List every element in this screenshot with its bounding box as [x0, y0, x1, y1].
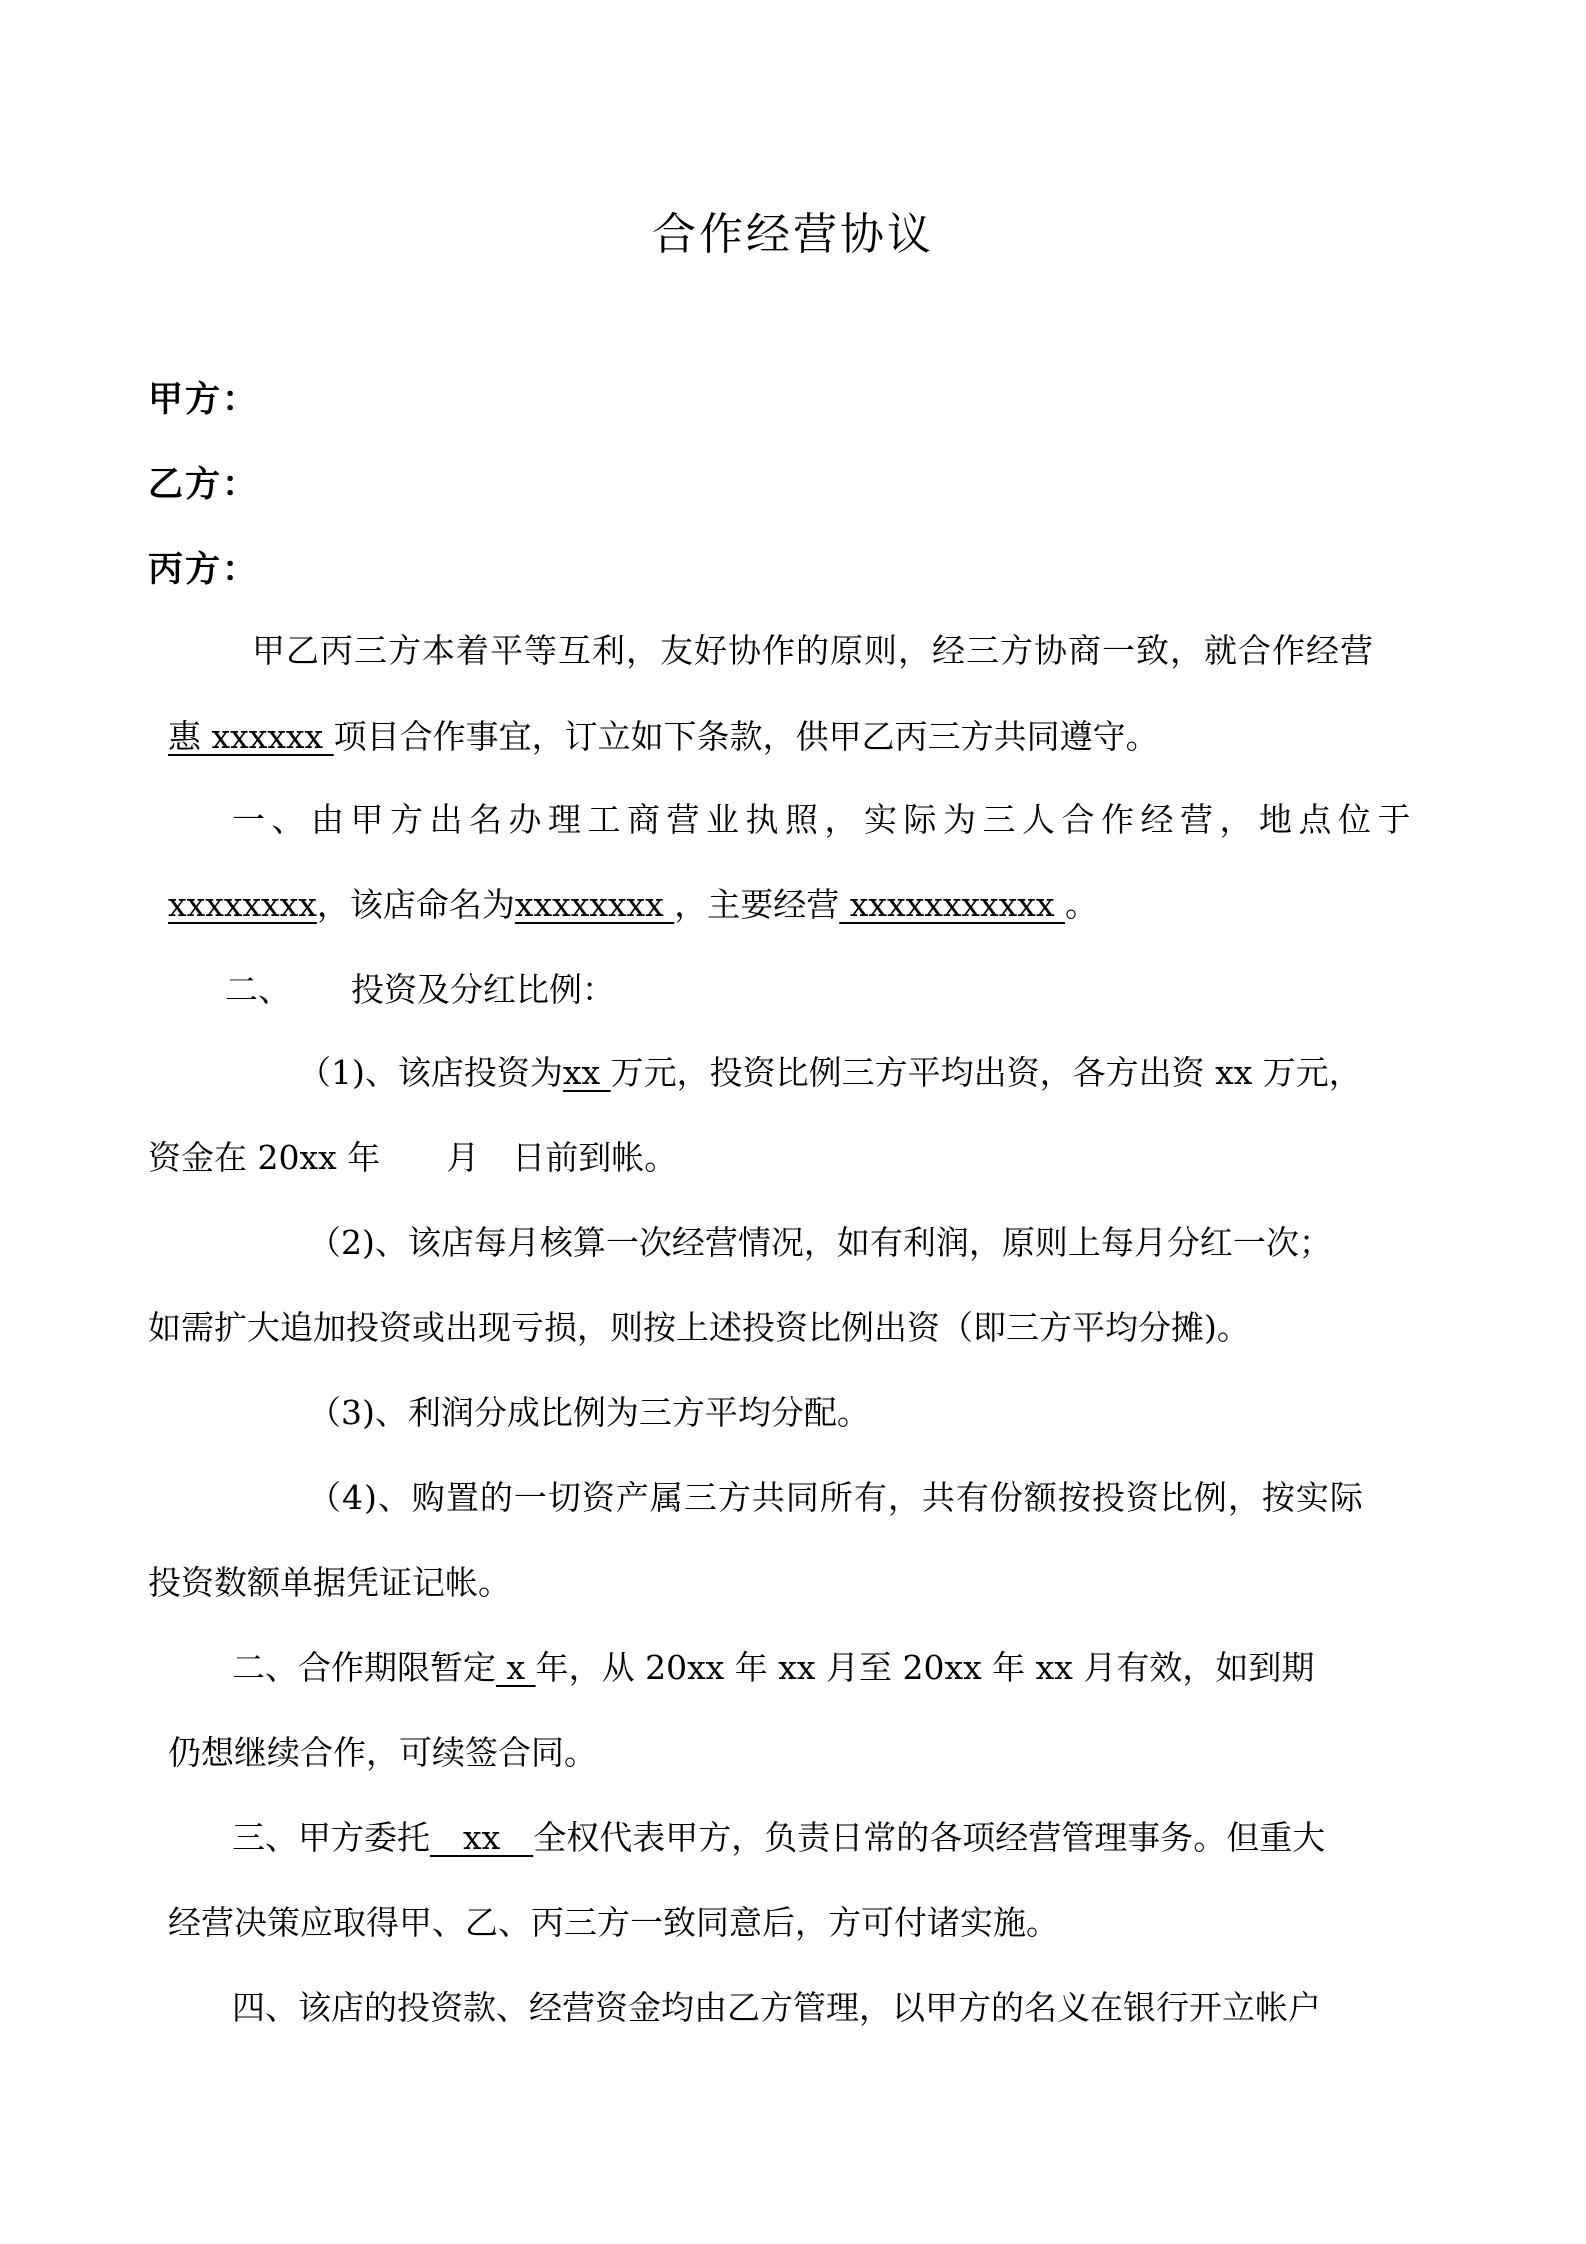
- party-c-label: 丙方：: [148, 545, 259, 595]
- clause-2-number: 二、: [225, 970, 291, 1009]
- clause-1-line-2: xxxxxxxx，该店命名为xxxxxxxx ，主要经营 xxxxxxxxxxx…: [168, 880, 1098, 930]
- term-clause-line-2: 仍想继续合作，可续签合同。: [168, 1728, 597, 1778]
- sub-clause-4-line-1: （4)、购置的一切资产属三方共同所有，共有份额按投资比例，按实际: [308, 1473, 1364, 1523]
- project-name-blank: 惠 xxxxxx: [168, 717, 334, 756]
- preamble-line-2: 惠 xxxxxx 项目合作事宜，订立如下条款，供甲乙丙三方共同遵守。: [168, 712, 1159, 762]
- delegate-blank: xx: [430, 1818, 533, 1857]
- document-title: 合作经营协议: [0, 205, 1586, 265]
- clause-1-text-b: ，主要经营: [674, 885, 839, 924]
- clause-2-label: 投资及分红比例：: [351, 970, 615, 1009]
- party-a-label: 甲方：: [148, 375, 259, 425]
- sub-clause-2-line-1: （2)、该店每月核算一次经营情况，如有利润，原则上每月分红一次；: [308, 1218, 1332, 1268]
- term-years-blank: x: [496, 1648, 536, 1687]
- clause-1-line-1: 一、由甲方出名办理工商营业执照，实际为三人合作经营，地点位于: [232, 795, 1417, 845]
- clause-1-text-c: 。: [1065, 885, 1098, 924]
- investment-amount-blank: xx: [563, 1053, 611, 1092]
- term-clause-line-1: 二、合作期限暂定 x 年，从 20xx 年 xx 月至 20xx 年 xx 月有…: [232, 1643, 1314, 1693]
- document-page: 合作经营协议 甲方： 乙方： 丙方： 甲乙丙三方本着平等互利，友好协作的原则，经…: [0, 0, 1586, 2244]
- clause-2-heading: 二、投资及分红比例：: [225, 965, 615, 1015]
- sub-clause-1-line-1: （1)、该店投资为xx 万元，投资比例三方平均出资，各方出资 xx 万元，: [298, 1048, 1362, 1098]
- sub-clause-3-line-1: （3)、利润分成比例为三方平均分配。: [308, 1388, 870, 1438]
- clause-3-text: 全权代表甲方，负责日常的各项经营管理事务。但重大: [533, 1818, 1325, 1857]
- clause-1-text-a: ，该店命名为: [317, 885, 515, 924]
- term-clause-text: 年，从 20xx 年 xx 月至 20xx 年 xx 月有效，如到期: [536, 1648, 1315, 1687]
- term-clause-prefix: 二、合作期限暂定: [232, 1648, 496, 1687]
- sub-clause-1-text: 万元，投资比例三方平均出资，各方出资 xx 万元，: [611, 1053, 1362, 1092]
- business-scope-blank: xxxxxxxxxxx: [839, 885, 1065, 924]
- location-blank: xxxxxxxx: [168, 885, 317, 924]
- party-b-label: 乙方：: [148, 460, 259, 510]
- sub-clause-1-prefix: （1)、该店投资为: [298, 1053, 563, 1092]
- preamble-line-1: 甲乙丙三方本着平等互利，友好协作的原则，经三方协商一致，就合作经营: [252, 626, 1474, 676]
- sub-clause-1-line-2: 资金在 20xx 年 月 日前到帐。: [148, 1133, 677, 1183]
- clause-3-line-1: 三、甲方委托 xx 全权代表甲方，负责日常的各项经营管理事务。但重大: [232, 1813, 1325, 1863]
- clause-4-line-1: 四、该店的投资款、经营资金均由乙方管理，以甲方的名义在银行开立帐户: [232, 1983, 1321, 2033]
- preamble-line-2-text: 项目合作事宜，订立如下条款，供甲乙丙三方共同遵守。: [334, 717, 1159, 756]
- sub-clause-4-line-2: 投资数额单据凭证记帐。: [148, 1558, 511, 1608]
- sub-clause-2-line-2: 如需扩大追加投资或出现亏损，则按上述投资比例出资（即三方平均分摊)。: [148, 1303, 1250, 1353]
- clause-3-prefix: 三、甲方委托: [232, 1818, 430, 1857]
- shop-name-blank: xxxxxxxx: [515, 885, 674, 924]
- clause-3-line-2: 经营决策应取得甲、乙、丙三方一致同意后，方可付诸实施。: [168, 1898, 1059, 1948]
